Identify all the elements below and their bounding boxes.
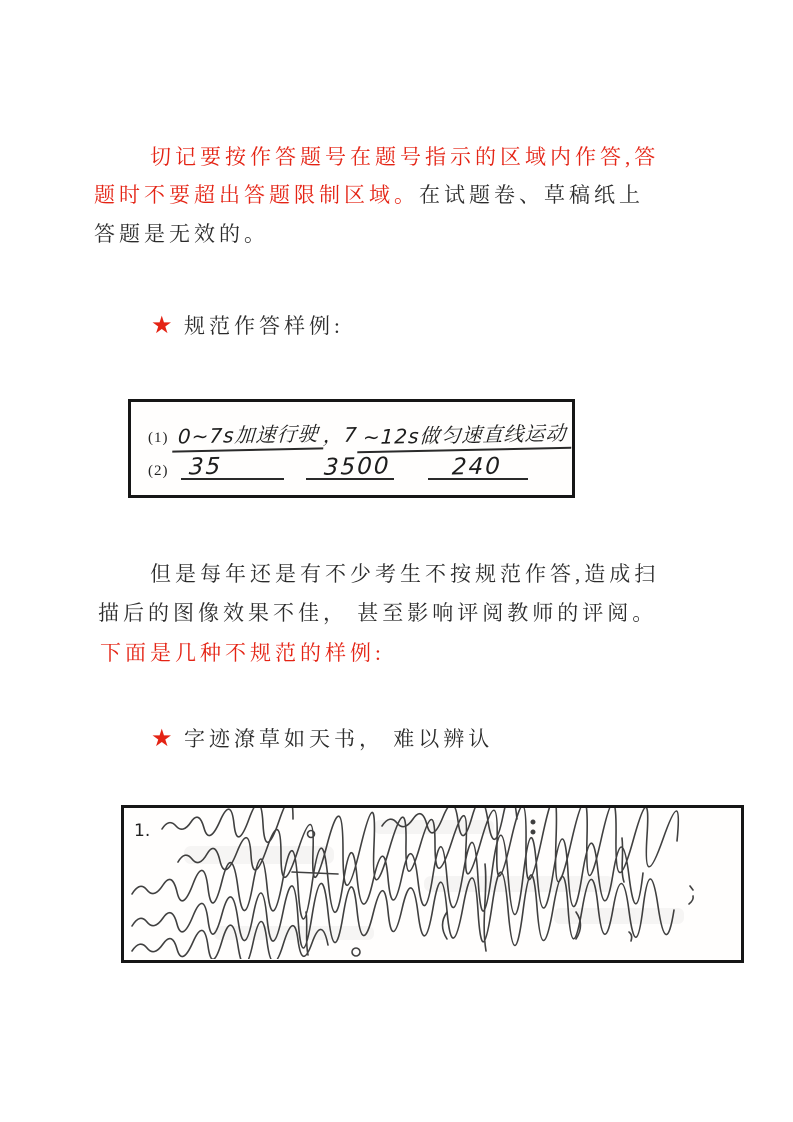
- answer-blank-3: 240: [428, 452, 528, 480]
- q2-handwritten-value-2: 3500: [323, 453, 391, 480]
- warning-line-2: 描后的图像效果不佳， 甚至影响评阅教师的评阅。: [98, 600, 657, 626]
- good-sample-title: 规范作答样例:: [184, 313, 344, 339]
- scrawl-line-number: 1.: [134, 821, 150, 841]
- messy-handwriting-sample-image: 1.: [121, 805, 744, 963]
- star-icon: ★: [151, 726, 173, 750]
- warning-line-1: 但是每年还是有不少考生不按规范作答,造成扫: [150, 561, 659, 587]
- question-2-label: (2): [148, 463, 169, 479]
- scan-smudge: [214, 926, 374, 940]
- q2-handwritten-value-1: 35: [188, 454, 223, 481]
- good-sample-row-1: (1) 0~7s加速行驶，7~12s做匀速直线运动: [148, 419, 572, 451]
- warning-line-3: 下面是几种不规范的样例:: [100, 640, 385, 666]
- question-1-label: (1): [148, 430, 169, 446]
- bad-sample-title: 字迹潦草如天书， 难以辨认: [184, 726, 493, 752]
- notice-line-2-red: 题时不要超出答题限制区域。: [94, 183, 419, 207]
- document-page: 切记要按作答题号在题号指示的区域内作答,答 题时不要超出答题限制区域。在试题卷、…: [0, 0, 793, 1122]
- notice-line-3: 答题是无效的。: [94, 221, 269, 247]
- answer-blank-1: 35: [181, 452, 284, 480]
- scan-smudge: [554, 908, 684, 924]
- good-answer-sample-image: (1) 0~7s加速行驶，7~12s做匀速直线运动 (2) 35 3500 24…: [128, 399, 575, 498]
- q1-handwritten-answer-a: 0~7s加速行驶: [172, 417, 324, 452]
- q2-handwritten-value-3: 240: [451, 453, 502, 480]
- notice-line-2: 题时不要超出答题限制区域。在试题卷、草稿纸上: [94, 182, 644, 208]
- notice-line-1: 切记要按作答题号在题号指示的区域内作答,答: [150, 144, 659, 170]
- good-sample-row-2: (2) 35 3500 240: [148, 452, 528, 480]
- notice-line-2-black: 在试题卷、草稿纸上: [419, 183, 644, 207]
- star-icon: ★: [151, 313, 173, 337]
- q1-handwritten-answer-c: ~12s做匀速直线运动: [357, 417, 572, 454]
- answer-blank-2: 3500: [306, 452, 394, 480]
- illegible-scrawl-drawing: 1.: [124, 808, 740, 959]
- q1-handwritten-answer-b: ，7: [322, 419, 358, 449]
